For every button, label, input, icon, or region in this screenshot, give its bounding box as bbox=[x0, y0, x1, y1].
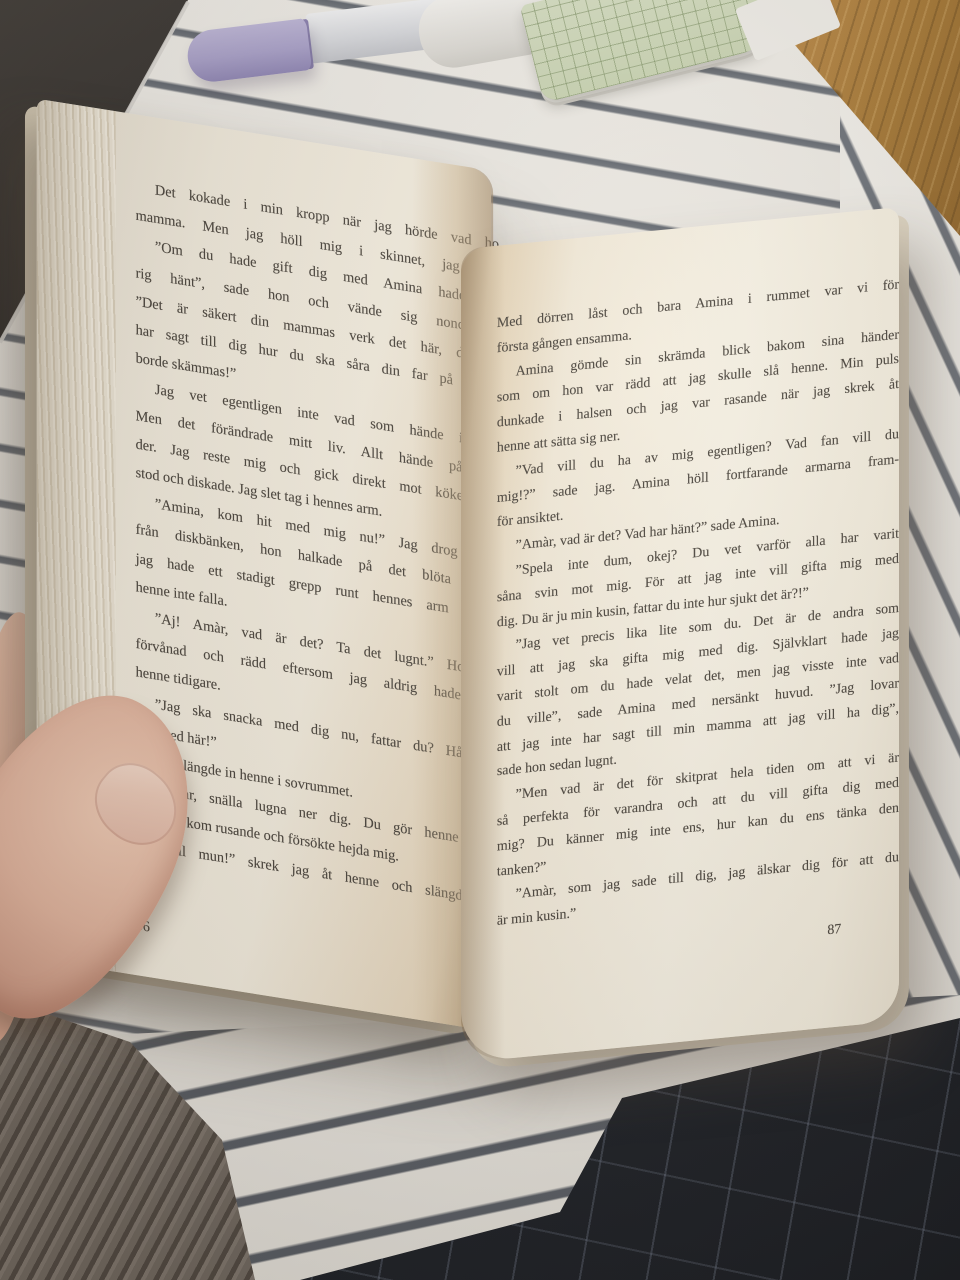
book-page-right: Med dörren låst och bara Amina i rummet … bbox=[461, 207, 899, 1063]
photo-scene: Det kokade i min kropp när jag hörde vad… bbox=[0, 0, 960, 1280]
thumb-nail bbox=[79, 749, 192, 861]
gutter-shade bbox=[461, 245, 505, 1063]
right-page-text: Med dörren låst och bara Amina i rummet … bbox=[497, 273, 899, 975]
